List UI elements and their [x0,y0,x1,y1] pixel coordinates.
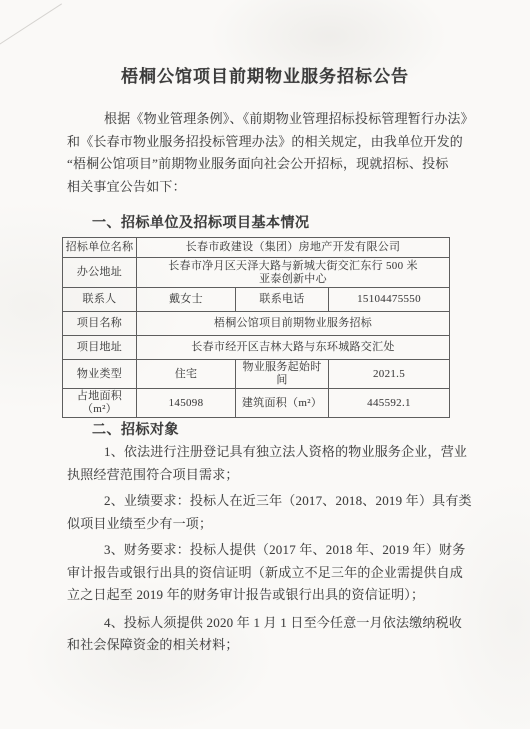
land-area-value: 145098 [137,389,236,418]
item-line: 和社会保障资金的相关材料； [67,634,477,657]
contact-person-value: 戴女士 [137,288,236,312]
office-address-label: 办公地址 [63,258,137,288]
document-title: 梧桐公馆项目前期物业服务招标公告 [0,62,530,87]
building-area-label: 建筑面积（m²） [236,389,329,418]
page-fold-crease [0,3,62,48]
office-address-line1: 长春市净月区天泽大路与新城大街交汇东行 500 米 [139,260,447,273]
section2-heading: 二、招标对象 [92,419,179,439]
contact-person-label: 联系人 [63,288,137,312]
item-line: 审计报告或银行出具的资信证明（新成立不足三年的企业需提供自成 [67,562,477,585]
intro-paragraph: 根据《物业管理条例》、《前期物业管理招标投标管理暂行办法》 和《长春市物业服务招… [67,108,477,198]
item-line: 4、投标人须提供 2020 年 1 月 1 日至今任意一月依法缴纳税收 [67,612,477,635]
tender-unit-label: 招标单位名称 [63,238,137,258]
land-area-label: 占地面积（m²） [63,389,137,418]
project-address-label: 项目地址 [63,336,137,360]
table-row: 联系人 戴女士 联系电话 15104475550 [63,288,450,312]
tender-target-item: 2、业绩要求：投标人在近三年（2017、2018、2019 年）具有类 似项目业… [67,490,477,535]
project-address-value: 长春市经开区吉林大路与东环城路交汇处 [137,336,450,360]
item-line: 1、依法进行注册登记具有独立法人资格的物业服务企业，营业 [67,441,477,464]
project-name-label: 项目名称 [63,312,137,336]
tender-unit-value: 长春市政建设（集团）房地产开发有限公司 [137,238,450,258]
tender-info-table: 招标单位名称 长春市政建设（集团）房地产开发有限公司 办公地址 长春市净月区天泽… [62,237,450,418]
item-line: 3、财务要求：投标人提供（2017 年、2018 年、2019 年）财务 [67,539,477,562]
office-address-value: 长春市净月区天泽大路与新城大街交汇东行 500 米 亚泰创新中心 [137,258,450,288]
office-address-line2: 亚泰创新中心 [139,273,447,286]
item-line: 立之日起至 2019 年的财务审计报告或银行出具的资信证明）； [67,584,477,607]
intro-line: 相关事宜公告如下： [67,176,477,199]
intro-line: “梧桐公馆项目”前期物业服务面向社会公开招标，现就招标、投标 [67,153,477,176]
item-line: 似项目业绩至少有一项； [67,513,477,536]
property-type-label: 物业类型 [63,360,137,389]
building-area-value: 445592.1 [329,389,450,418]
tender-target-item: 1、依法进行注册登记具有独立法人资格的物业服务企业，营业 执照经营范围符合项目需… [67,441,477,486]
table-row: 项目地址 长春市经开区吉林大路与东环城路交汇处 [63,336,450,360]
tender-target-item: 3、财务要求：投标人提供（2017 年、2018 年、2019 年）财务 审计报… [67,539,477,607]
project-name-value: 梧桐公馆项目前期物业服务招标 [137,312,450,336]
property-type-value: 住宅 [137,360,236,389]
table-row: 项目名称 梧桐公馆项目前期物业服务招标 [63,312,450,336]
service-start-label: 物业服务起始时间 [236,360,329,389]
tender-target-item: 4、投标人须提供 2020 年 1 月 1 日至今任意一月依法缴纳税收 和社会保… [67,612,477,657]
table-row: 物业类型 住宅 物业服务起始时间 2021.5 [63,360,450,389]
item-line: 执照经营范围符合项目需求； [67,464,477,487]
scanned-document-page: 梧桐公馆项目前期物业服务招标公告 根据《物业管理条例》、《前期物业管理招标投标管… [0,0,530,729]
table-row: 占地面积（m²） 145098 建筑面积（m²） 445592.1 [63,389,450,418]
item-line: 2、业绩要求：投标人在近三年（2017、2018、2019 年）具有类 [67,490,477,513]
table-row: 招标单位名称 长春市政建设（集团）房地产开发有限公司 [63,238,450,258]
section1-heading: 一、招标单位及招标项目基本情况 [92,212,310,232]
intro-line: 根据《物业管理条例》、《前期物业管理招标投标管理暂行办法》 [67,108,477,131]
service-start-value: 2021.5 [329,360,450,389]
intro-line: 和《长春市物业服务招投标管理办法》的相关规定，由我单位开发的 [67,131,477,154]
contact-phone-value: 15104475550 [329,288,450,312]
tender-target-list: 1、依法进行注册登记具有独立法人资格的物业服务企业，营业 执照经营范围符合项目需… [67,441,477,657]
contact-phone-label: 联系电话 [236,288,329,312]
table-row: 办公地址 长春市净月区天泽大路与新城大街交汇东行 500 米 亚泰创新中心 [63,258,450,288]
